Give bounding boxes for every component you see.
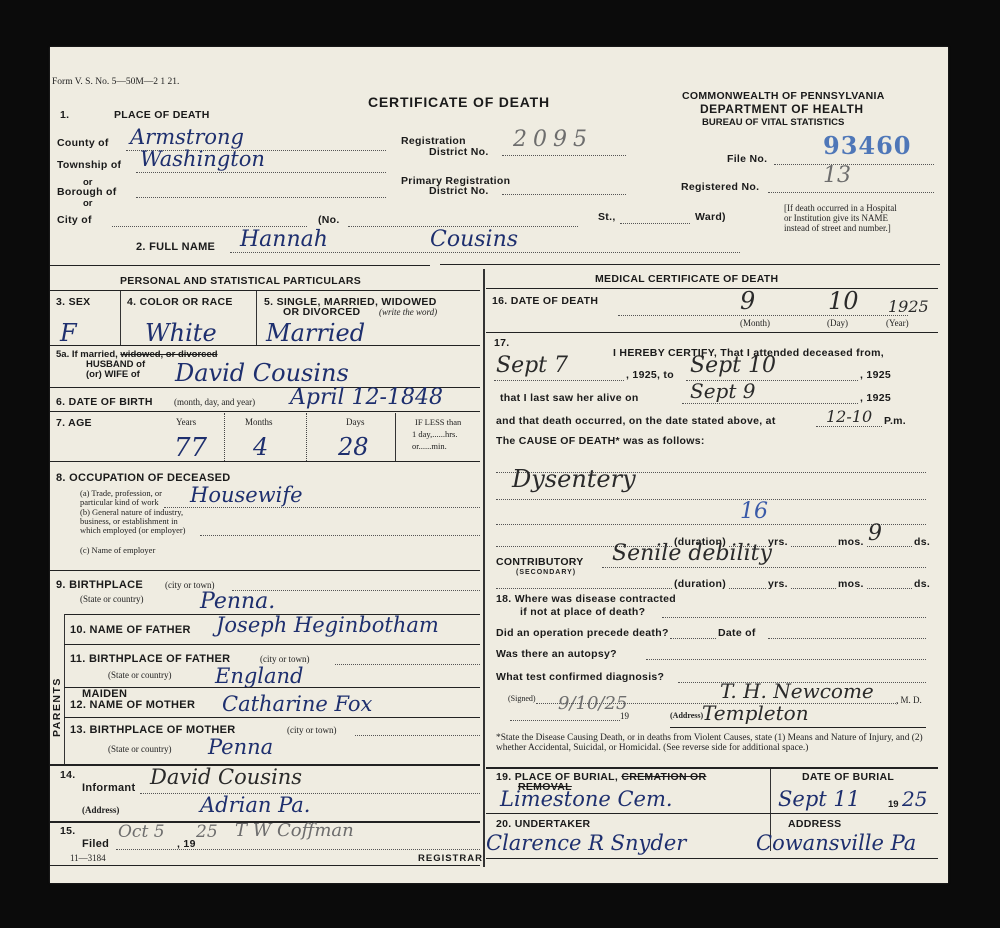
dod-day[interactable]: 10 xyxy=(828,287,859,315)
age-label: 7. AGE xyxy=(56,417,92,429)
borough-label: Borough of xyxy=(57,186,117,198)
burial-place-value[interactable]: Limestone Cem. xyxy=(500,787,673,811)
dod-month[interactable]: 9 xyxy=(740,287,755,315)
birthplace-state-label: (State or country) xyxy=(80,594,143,604)
contracted-label-2: if not at place of death? xyxy=(520,606,645,618)
hospital-note: [If death occurred in a Hospital or Inst… xyxy=(784,203,904,233)
birthplace-label: 9. BIRTHPLACE xyxy=(56,579,143,591)
informant-value[interactable]: David Cousins xyxy=(150,765,302,789)
occ-a-label: particular kind of work xyxy=(80,497,159,507)
marital-hint: (write the word) xyxy=(379,307,437,317)
registered-no-label: Registered No. xyxy=(681,181,759,193)
marital-label-2: OR DIVORCED xyxy=(283,306,360,318)
father-value[interactable]: Joseph Heginbotham xyxy=(216,613,439,637)
test-label: What test confirmed diagnosis? xyxy=(496,671,664,683)
burial-year[interactable]: 25 xyxy=(902,787,927,811)
undertaker-label: 20. UNDERTAKER xyxy=(496,818,590,830)
race-label: 4. COLOR OR RACE xyxy=(127,296,233,308)
township-value[interactable]: Washington xyxy=(140,147,265,171)
personal-heading: PERSONAL AND STATISTICAL PARTICULARS xyxy=(120,275,361,287)
father-birthplace-state-label: (State or country) xyxy=(108,670,171,680)
agency-line-2: DEPARTMENT OF HEALTH xyxy=(700,102,864,116)
dod-year[interactable]: 1925 xyxy=(888,297,929,316)
full-name-label: 2. FULL NAME xyxy=(136,241,215,253)
agency-line-3: BUREAU OF VITAL STATISTICS xyxy=(702,117,844,128)
day-label: (Day) xyxy=(827,318,848,328)
cause-duration-ds[interactable]: 9 xyxy=(868,521,882,546)
less-than-2: 1 day,......hrs. xyxy=(412,429,457,439)
burial-date-label: DATE OF BURIAL xyxy=(802,771,894,783)
file-number-stamp: 93460 xyxy=(823,131,912,160)
struck-text: CREMATION OR xyxy=(621,771,706,783)
signed-date[interactable]: 9/10/25 xyxy=(558,693,627,714)
md-label: , M. D. xyxy=(896,695,922,705)
signed-year-label: 19 xyxy=(620,711,629,721)
contributory-value[interactable]: Senile debility xyxy=(612,541,772,566)
physician-signature[interactable]: T. H. Newcome xyxy=(720,679,874,703)
death-certificate: Form V. S. No. 5—50M—2 1 21. CERTIFICATE… xyxy=(50,47,948,883)
ds-label: ds. xyxy=(912,536,932,548)
father-label: 10. NAME OF FATHER xyxy=(70,624,191,636)
occ-c-label: (c) Name of employer xyxy=(80,545,155,555)
attended-to[interactable]: Sept 10 xyxy=(690,353,776,378)
informant-label: Informant xyxy=(82,782,135,794)
filed-date[interactable]: Oct 5 xyxy=(118,822,165,842)
registrar-label: REGISTRAR xyxy=(418,853,483,864)
father-birthplace-hint: (city or town) xyxy=(260,654,310,664)
section-1-number: 1. xyxy=(60,109,69,121)
ward-label: Ward) xyxy=(695,211,726,223)
county-value[interactable]: Armstrong xyxy=(130,125,244,149)
contributory-label: CONTRIBUTORY xyxy=(496,556,584,568)
age-years-label: Years xyxy=(176,417,196,427)
informant-number: 14. xyxy=(60,769,76,781)
contracted-label-1: 18. Where was disease contracted xyxy=(496,593,676,605)
age-days-value[interactable]: 28 xyxy=(338,433,369,461)
filed-label: Filed xyxy=(82,838,109,850)
marital-value[interactable]: Married xyxy=(266,319,365,347)
last-saw-year: , 1925 xyxy=(860,392,891,404)
age-years-value[interactable]: 77 xyxy=(174,433,207,463)
agency-line-1: COMMONWEALTH OF PENNSYLVANIA xyxy=(682,90,885,102)
county-label: County of xyxy=(57,137,109,149)
mother-birthplace-state-label: (State or country) xyxy=(108,744,171,754)
form-number: Form V. S. No. 5—50M—2 1 21. xyxy=(52,77,179,87)
undertaker-address-label: ADDRESS xyxy=(788,818,841,830)
occ-b-label: which employed (or employer) xyxy=(80,525,186,535)
dob-label: 6. DATE OF BIRTH xyxy=(56,396,153,408)
dob-value[interactable]: April 12-1848 xyxy=(290,385,443,410)
informant-address-label: (Address) xyxy=(82,805,119,815)
cert-number: 17. xyxy=(494,337,510,349)
dob-hint: (month, day, and year) xyxy=(174,397,255,407)
physician-address-label: (Address) xyxy=(670,711,703,720)
filed-year[interactable]: 25 xyxy=(196,822,218,842)
medical-heading: MEDICAL CERTIFICATE OF DEATH xyxy=(595,273,778,285)
yrs-label: yrs. xyxy=(766,578,790,590)
street-label: St., xyxy=(598,211,616,223)
last-saw-label: that I last saw her alive on xyxy=(500,392,639,404)
age-months-label: Months xyxy=(245,417,273,427)
mother-birthplace-value[interactable]: Penna xyxy=(208,735,273,759)
dod-label: 16. DATE OF DEATH xyxy=(492,295,598,307)
mos-label: mos. xyxy=(836,536,866,548)
age-days-label: Days xyxy=(346,417,365,427)
operation-label: Did an operation precede death? xyxy=(496,627,669,639)
filed-number: 15. xyxy=(60,825,76,837)
cause-label: The CAUSE OF DEATH* was as follows: xyxy=(496,435,705,447)
form-code: 11—3184 xyxy=(70,853,106,863)
sex-label: 3. SEX xyxy=(56,296,90,308)
full-name-last[interactable]: Cousins xyxy=(430,227,518,252)
birthplace-value[interactable]: Penna. xyxy=(200,589,275,614)
death-time-suffix: P.m. xyxy=(884,415,906,427)
place-of-death-label: PLACE OF DEATH xyxy=(114,109,210,121)
full-name-first[interactable]: Hannah xyxy=(240,227,328,252)
burial-year-prefix: 19 xyxy=(888,799,899,810)
burial-date-value[interactable]: Sept 11 xyxy=(778,787,860,811)
registration-label-2: District No. xyxy=(429,146,489,158)
cause-value[interactable]: Dysentery xyxy=(512,465,636,493)
sex-value[interactable]: F xyxy=(60,319,77,347)
city-label: City of xyxy=(57,214,92,226)
mother-birthplace-hint: (city or town) xyxy=(287,725,337,735)
duration-label: (duration) xyxy=(672,578,728,590)
race-value[interactable]: White xyxy=(145,319,217,347)
or-label: or xyxy=(83,198,93,209)
father-birthplace-value[interactable]: England xyxy=(215,664,304,688)
parents-label: PARENTS xyxy=(51,677,63,737)
occupation-value[interactable]: Housewife xyxy=(190,483,303,507)
spouse-value[interactable]: David Cousins xyxy=(175,359,349,387)
registered-no-value[interactable]: 13 xyxy=(823,163,851,188)
mos-label: mos. xyxy=(836,578,866,590)
spouse-label-3: (or) WIFE of xyxy=(86,369,140,380)
file-no-label: File No. xyxy=(727,153,767,165)
informant-address-value[interactable]: Adrian Pa. xyxy=(200,793,310,817)
cause-footnote: *State the Disease Causing Death, or in … xyxy=(496,733,928,753)
cause-duration-mos[interactable]: 16 xyxy=(740,499,768,524)
year-label: (Year) xyxy=(886,318,909,328)
ds-label: ds. xyxy=(912,578,932,590)
undertaker-value[interactable]: Clarence R Snyder xyxy=(486,831,686,855)
death-time-label: and that death occurred, on the date sta… xyxy=(496,415,776,427)
primary-registration-label-2: District No. xyxy=(429,185,489,197)
registration-district-value[interactable]: 2095 xyxy=(513,127,593,152)
mother-label: 12. NAME OF MOTHER xyxy=(70,699,195,711)
mother-value[interactable]: Catharine Fox xyxy=(222,692,372,716)
signed-label: (Signed) xyxy=(508,694,536,703)
less-than-3: or......min. xyxy=(412,441,447,451)
registrar-signature[interactable]: T W Coffman xyxy=(235,820,354,841)
age-months-value[interactable]: 4 xyxy=(253,433,268,461)
filed-year-prefix: , 19 xyxy=(177,838,196,850)
physician-address-value[interactable]: Templeton xyxy=(702,701,809,725)
to-year: , 1925 xyxy=(860,369,891,381)
operation-date-label: Date of xyxy=(718,627,756,639)
autopsy-label: Was there an autopsy? xyxy=(496,648,617,660)
secondary-label: (SECONDARY) xyxy=(516,569,576,576)
street-no-label: (No. xyxy=(318,214,340,226)
less-than-1: IF LESS than xyxy=(415,417,461,427)
last-saw-value[interactable]: Sept 9 xyxy=(690,379,755,403)
undertaker-address-value[interactable]: Cowansville Pa xyxy=(756,831,916,855)
from-year: , 1925, to xyxy=(626,369,674,381)
document-title: CERTIFICATE OF DEATH xyxy=(368,94,550,110)
death-time-value[interactable]: 12-10 xyxy=(826,407,872,426)
month-label: (Month) xyxy=(740,318,770,328)
township-label: Township of xyxy=(57,159,121,171)
father-birthplace-label: 11. BIRTHPLACE OF FATHER xyxy=(70,653,230,665)
attended-from[interactable]: Sept 7 xyxy=(496,353,568,378)
